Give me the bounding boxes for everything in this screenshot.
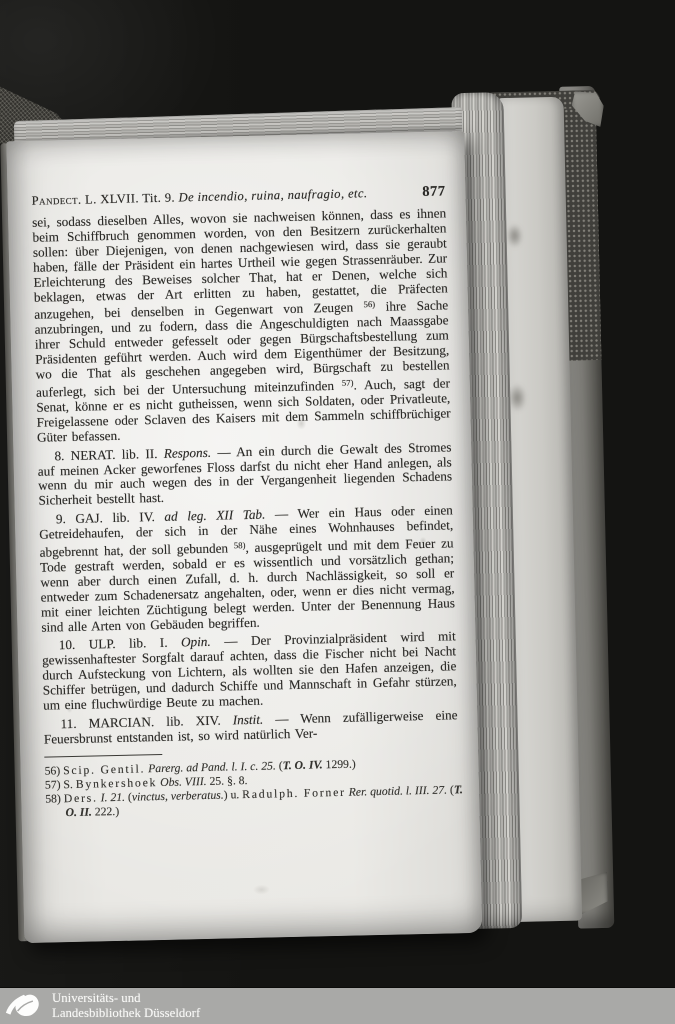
paragraph: 8. NERAT. lib. II. Respons. — An ein dur… bbox=[37, 440, 452, 509]
page-smudge bbox=[506, 224, 523, 248]
library-logo-icon bbox=[5, 991, 41, 1022]
paragraph: 10. ULP. lib. I. Opin. — Der Provinzialp… bbox=[42, 630, 458, 714]
page-smudge bbox=[508, 384, 527, 412]
scan-background: Pandect. L. XLVII. Tit. 9. De incendio, … bbox=[0, 0, 675, 1024]
banner-line2: Landesbibliothek Düsseldorf bbox=[52, 1006, 200, 1021]
paragraph: 9. GAJ. lib. IV. ad leg. XII Tab. — Wer … bbox=[39, 504, 456, 636]
running-header-title: Pandect. L. XLVII. Tit. 9. De incendio, … bbox=[32, 186, 368, 209]
library-banner: Universitäts- und Landesbibliothek Düsse… bbox=[0, 987, 675, 1024]
footnote-separator bbox=[44, 754, 162, 758]
book-page: Pandect. L. XLVII. Tit. 9. De incendio, … bbox=[6, 131, 482, 943]
page-number: 877 bbox=[422, 183, 446, 201]
scanned-book: Pandect. L. XLVII. Tit. 9. De incendio, … bbox=[0, 81, 671, 958]
footnotes: 56) Scip. Gentil. Parerg. ad Pand. l. I.… bbox=[44, 755, 463, 820]
banner-line1: Universitäts- und bbox=[52, 991, 200, 1006]
page-body-text: sei, sodass dieselben Alles, wovon sie n… bbox=[32, 206, 458, 747]
paragraph: 11. MARCIAN. lib. XIV. Instit. — Wenn zu… bbox=[43, 708, 458, 747]
library-banner-text: Universitäts- und Landesbibliothek Düsse… bbox=[52, 991, 200, 1021]
paragraph: sei, sodass dieselben Alles, wovon sie n… bbox=[32, 206, 451, 445]
